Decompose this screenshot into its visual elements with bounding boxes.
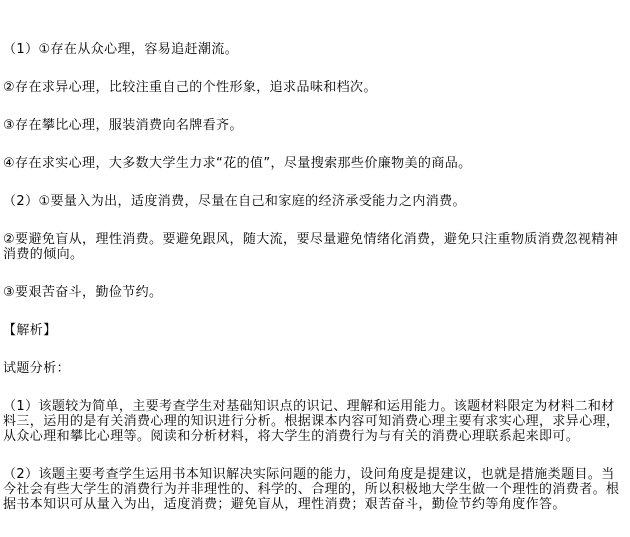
answer-part1-item3: ③存在攀比心理，服装消费向名牌看齐。	[3, 118, 628, 133]
answer-part2-item2: ②要避免盲从，理性消费。要避免跟风，随大流，要尽量避免情绪化消费，避免只注重物质…	[3, 232, 628, 262]
analysis-header: 【解析】	[3, 323, 628, 338]
answer-part1-item4: ④存在求实心理，大多数大学生力求“花的值”，尽量搜索那些价廉物美的商品。	[3, 156, 628, 171]
analysis-part2: （2）该题主要考查学生运用书本知识解决实际问题的能力，设问角度是提建议，也就是措…	[3, 467, 628, 512]
answer-part1-item1: （1）①存在从众心理，容易追赶潮流。	[3, 42, 628, 57]
answer-part2-item3: ③要艰苦奋斗，勤俭节约。	[3, 285, 628, 300]
analysis-part1: （1）该题较为简单，主要考查学生对基础知识点的识记、理解和运用能力。该题材料限定…	[3, 399, 628, 444]
answer-part1-item2: ②存在求异心理，比较注重自己的个性形象，追求品味和档次。	[3, 80, 628, 95]
document-page: （1）①存在从众心理，容易追赶潮流。 ②存在求异心理，比较注重自己的个性形象，追…	[0, 0, 630, 512]
analysis-subheader: 试题分析：	[3, 361, 628, 376]
answer-part2-item1: （2）①要量入为出，适度消费，尽量在自己和家庭的经济承受能力之内消费。	[3, 194, 628, 209]
